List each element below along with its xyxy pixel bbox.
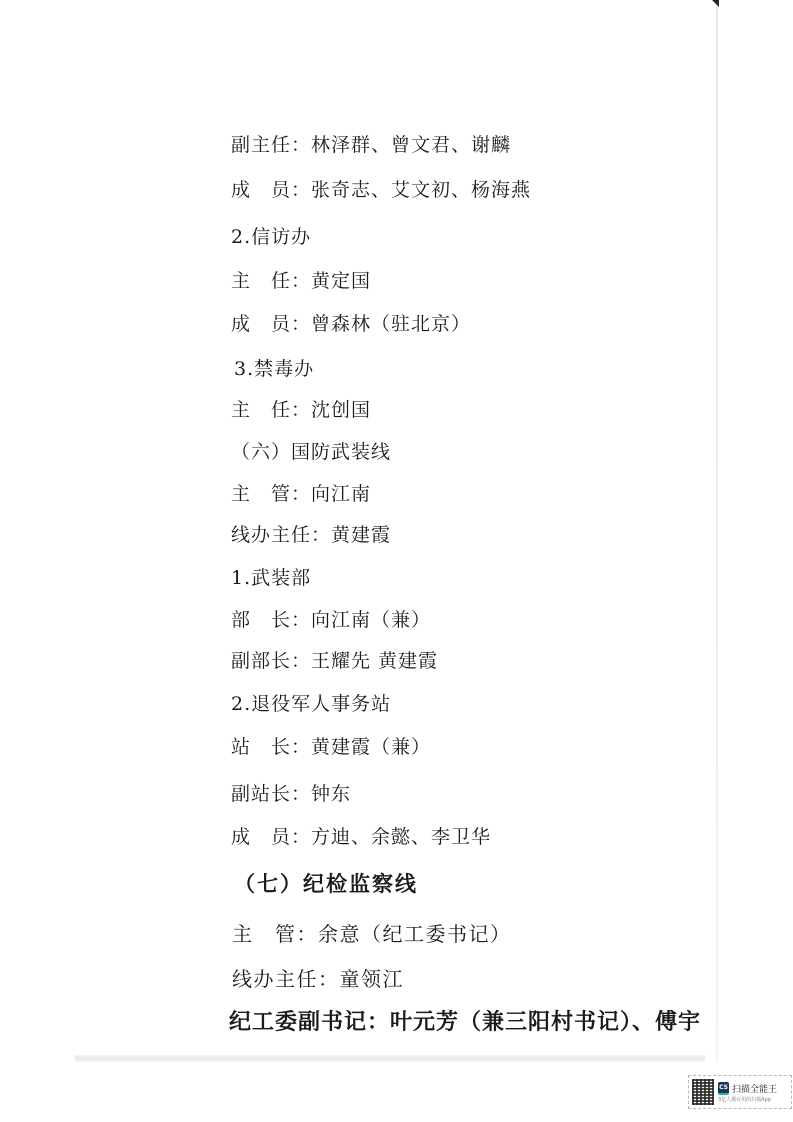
line-office-director-line: 线办主任：黄建霞 <box>231 523 391 547</box>
qr-code-icon <box>692 1079 714 1105</box>
section-heading-petition-office: 2.信访办 <box>231 225 311 249</box>
minister-line: 部 长：向江南（兼） <box>231 608 431 632</box>
section-heading-national-defense: （六）国防武装线 <box>231 440 391 464</box>
deputy-director-line: 副主任：林泽群、曾文君、谢麟 <box>231 133 511 157</box>
scanned-document-page: 副主任：林泽群、曾文君、谢麟 成 员：张奇志、艾文初、杨海燕 2.信访办 主 任… <box>0 0 793 1122</box>
section-heading-veterans-station: 2.退役军人事务站 <box>231 692 391 716</box>
watermark-app-name: 扫描全能王 <box>732 1082 777 1095</box>
supervisor-line: 主 管：向江南 <box>231 482 371 506</box>
scan-edge-line <box>716 0 718 1062</box>
director-line: 主 任：黄定国 <box>231 269 371 293</box>
line-office-director-line: 线办主任：童领江 <box>232 967 404 991</box>
deputy-station-head-line: 副站长：钟东 <box>231 782 351 806</box>
director-line: 主 任：沈创国 <box>231 398 371 422</box>
camscanner-watermark: CS 扫描全能王 3亿人都在用的扫描App <box>688 1075 792 1109</box>
members-line: 成 员：方迪、余懿、李卫华 <box>231 825 491 849</box>
watermark-subtitle: 3亿人都在用的扫描App <box>718 1096 777 1103</box>
section-heading-discipline-inspection: （七）纪检监察线 <box>234 872 418 896</box>
scan-bottom-edge <box>75 1055 705 1062</box>
deputy-secretary-line: 纪工委副书记：叶元芳（兼三阳村书记）、傅宇 <box>229 1010 701 1034</box>
members-line: 成 员：张奇志、艾文初、杨海燕 <box>231 178 531 202</box>
station-head-line: 站 长：黄建霞（兼） <box>231 735 431 759</box>
supervisor-line: 主 管：余意（纪工委书记） <box>232 922 512 946</box>
camscanner-logo-icon: CS <box>718 1082 729 1095</box>
section-heading-armed-forces-dept: 1.武装部 <box>231 566 311 590</box>
members-line: 成 员：曾森林（驻北京） <box>231 312 471 336</box>
deputy-minister-line: 副部长：王耀先 黄建霞 <box>231 649 438 673</box>
section-heading-anti-drug-office: 3.禁毒办 <box>234 357 314 381</box>
